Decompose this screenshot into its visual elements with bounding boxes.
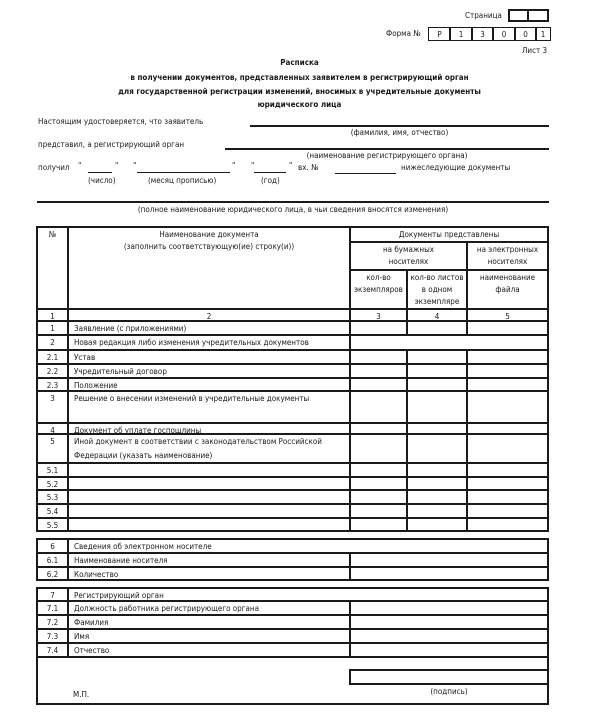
quote-open-day: " [78, 161, 81, 170]
row-label: Отчество [74, 646, 348, 655]
applicant-label: Настоящим удостоверяется, что заявитель [38, 117, 203, 126]
filename-input[interactable] [468, 424, 547, 433]
table-rule [466, 433, 468, 464]
row-number: 5 [37, 437, 68, 446]
row-number: 2.2 [37, 367, 68, 376]
copies-input[interactable] [351, 392, 406, 422]
filename-input[interactable] [468, 435, 547, 462]
column-header-electronic: на электронных [467, 245, 548, 254]
table-rule [37, 226, 549, 228]
filename-input[interactable] [468, 519, 547, 530]
form-code-cell: 1 [449, 27, 473, 41]
value-input[interactable] [351, 616, 547, 628]
copies-input[interactable] [351, 424, 406, 433]
row-number: 5.1 [37, 466, 68, 475]
copies-input[interactable] [351, 491, 406, 503]
title-line-4: юридического лица [0, 100, 599, 109]
row-number: 6 [37, 542, 68, 551]
table-rule [466, 241, 468, 310]
row-number: 2.1 [37, 353, 68, 362]
table-rule [36, 226, 38, 532]
value-input[interactable] [351, 630, 547, 642]
quote-close-year: " [289, 161, 292, 170]
column-header-name-hint: (заполнить соответствующую(ие) строку(и)… [68, 242, 350, 251]
month-line[interactable] [137, 172, 230, 173]
sheets-input[interactable] [408, 365, 466, 377]
column-header-filename: наименование [467, 273, 548, 282]
row-document-name: Устав [74, 353, 348, 362]
table-rule [67, 538, 69, 581]
following-label: нижеследующие документы [401, 163, 510, 172]
filename-input[interactable] [468, 365, 547, 377]
table-rule [350, 241, 549, 243]
table-rule [406, 390, 408, 424]
table-rule [466, 308, 468, 322]
row-document-name: Решение о внесении изменений в учредител… [74, 394, 348, 403]
table-rule [67, 587, 69, 658]
filename-input[interactable] [468, 478, 547, 489]
copies-input[interactable] [351, 478, 406, 489]
column-header-paper-2: носителях [350, 257, 467, 266]
column-header-filename-2: файла [467, 285, 548, 294]
table-rule [37, 308, 549, 310]
quote-close-day: " [115, 161, 118, 170]
filename-input[interactable] [468, 351, 547, 363]
row-number: 5.5 [37, 521, 68, 530]
form-code-cell: 0 [514, 27, 537, 41]
column-header-electronic-2: носителях [467, 257, 548, 266]
table-rule [37, 530, 549, 532]
row-number: 7.2 [37, 618, 68, 627]
row-number: 6.1 [37, 556, 68, 565]
table-rule [349, 226, 351, 532]
column-header-num: № [37, 230, 68, 239]
filename-input[interactable] [468, 392, 547, 422]
day-line[interactable] [88, 172, 112, 173]
row-document-name: Учредительный договор [74, 367, 348, 376]
table-rule [37, 587, 549, 589]
column-header-paper: на бумажных [350, 245, 467, 254]
sheets-input[interactable] [408, 424, 466, 433]
row-document-name: Иной документ в соответствии с законодат… [74, 437, 348, 446]
form-code-cell: Р [428, 27, 451, 41]
table-rule [36, 587, 38, 705]
row-number: 6.2 [37, 570, 68, 579]
filename-input[interactable] [468, 491, 547, 503]
row-number: 5.4 [37, 507, 68, 516]
column-header-sheets-3: экземпляре [407, 297, 467, 306]
row-label: Должность работника регистрирующего орга… [74, 604, 348, 613]
table-rule [466, 517, 468, 532]
row-document-name: Новая редакция либо изменения учредитель… [74, 338, 348, 347]
copies-input[interactable] [351, 351, 406, 363]
applicant-line[interactable] [250, 125, 549, 127]
title-line-3: для государственной регистрации изменени… [0, 87, 599, 96]
table-rule [406, 433, 408, 464]
copies-input[interactable] [351, 505, 406, 517]
row-document-name-2: Федерации (указать наименование) [74, 451, 348, 460]
filename-input[interactable] [468, 464, 547, 476]
row-label: Фамилия [74, 618, 348, 627]
table-rule [37, 703, 549, 705]
filename-input[interactable] [468, 322, 547, 334]
table-rule [547, 538, 549, 581]
table-rule [36, 538, 38, 581]
copies-input[interactable] [351, 519, 406, 530]
sheets-input[interactable] [408, 435, 466, 462]
filename-input[interactable] [468, 379, 547, 390]
table-rule [466, 320, 468, 336]
table-rule [37, 538, 549, 540]
table-rule [466, 390, 468, 424]
page-label: Страница [465, 11, 502, 20]
copies-input[interactable] [351, 435, 406, 462]
copies-input[interactable] [351, 379, 406, 390]
row-label: Наименование носителя [74, 556, 348, 565]
sheets-input[interactable] [408, 478, 466, 489]
row-label: Имя [74, 632, 348, 641]
sheets-input[interactable] [408, 351, 466, 363]
quote-open-month: " [133, 161, 136, 170]
table-rule [350, 683, 549, 685]
applicant-caption: (фамилия, имя, отчество) [250, 128, 549, 137]
sheets-input[interactable] [408, 491, 466, 503]
value-input[interactable] [351, 602, 547, 614]
value-input[interactable] [351, 554, 547, 566]
column-header-copies: кол-во [350, 273, 407, 282]
copies-input[interactable] [351, 365, 406, 377]
column-header-copies-2: экземпляров [350, 285, 407, 294]
row-number: 7.4 [37, 646, 68, 655]
sheet-label: Лист 3 [522, 46, 547, 55]
authority-line[interactable] [225, 148, 549, 150]
title-line-1: Расписка [0, 58, 599, 67]
title-line-2: в получении документов, представленных з… [0, 73, 599, 82]
row-number: 2 [37, 338, 68, 347]
table-rule [406, 308, 408, 322]
table-rule [37, 579, 549, 581]
table-rule [547, 226, 549, 532]
sheets-input[interactable] [408, 519, 466, 530]
sheets-input[interactable] [408, 379, 466, 390]
table-rule [37, 656, 549, 658]
signature-caption: (подпись) [350, 687, 548, 696]
table-rule [67, 226, 69, 532]
row-document-name: Заявление (с приложениями) [74, 324, 348, 333]
authority-caption: (наименование регистрирующего органа) [225, 151, 549, 160]
entity-caption: (полное наименование юридического лица, … [37, 205, 549, 214]
form-code-cell: 1 [535, 27, 551, 41]
signature-field[interactable] [351, 671, 547, 683]
merged-paper-electronic-cell[interactable] [351, 336, 547, 349]
column-header-sheets: кол-во листов [407, 273, 467, 282]
day-caption: (число) [88, 176, 116, 185]
row-number: 5.2 [37, 480, 68, 489]
table-rule [350, 269, 549, 271]
column-header-name: Наименование документа [68, 230, 350, 239]
value-input[interactable] [351, 644, 547, 656]
row-number: 7 [37, 591, 68, 600]
incoming-label: вх. № [298, 163, 319, 172]
copies-input[interactable] [351, 322, 406, 334]
value-input[interactable] [351, 568, 547, 579]
table-rule [406, 320, 408, 336]
incoming-number-line[interactable] [335, 173, 396, 174]
row-label: Сведения об электронном носителе [74, 542, 348, 551]
row-label: Регистрирующий орган [74, 591, 348, 600]
sheets-input[interactable] [408, 322, 466, 334]
quote-open-year: " [251, 161, 254, 170]
row-label: Количество [74, 570, 348, 579]
copies-input[interactable] [351, 464, 406, 476]
year-caption: (год) [261, 176, 280, 185]
stamp-label: М.П. [73, 690, 133, 699]
table-rule [406, 517, 408, 532]
filename-input[interactable] [468, 505, 547, 517]
page-cell-1[interactable] [508, 9, 529, 22]
form-code-cell: 3 [471, 27, 494, 41]
page-cell-2[interactable] [527, 9, 549, 22]
row-number: 2.3 [37, 381, 68, 390]
sheets-input[interactable] [408, 505, 466, 517]
row-number: 5.3 [37, 493, 68, 502]
received-label: получил [38, 163, 70, 172]
column-header-docs-presented: Документы представлены [350, 230, 548, 239]
sheets-input[interactable] [408, 392, 466, 422]
row-number: 7.3 [37, 632, 68, 641]
form-code-cell: 0 [492, 27, 516, 41]
row-number: 7.1 [37, 604, 68, 613]
authority-label: представил, а регистрирующий орган [38, 140, 184, 149]
row-number: 1 [37, 324, 68, 333]
month-caption: (месяц прописью) [148, 176, 216, 185]
year-line[interactable] [254, 172, 286, 173]
row-document-name: Положение [74, 381, 348, 390]
column-header-sheets-2: в одном [407, 285, 467, 294]
form-label: Форма № [386, 29, 421, 38]
quote-close-month: " [232, 161, 235, 170]
row-number: 3 [37, 394, 68, 403]
entity-line[interactable] [37, 201, 549, 203]
sheets-input[interactable] [408, 464, 466, 476]
table-rule [406, 269, 408, 310]
